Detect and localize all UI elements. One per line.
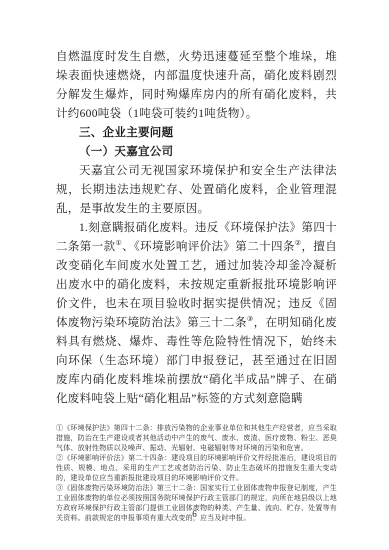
page-number: 6 [0, 509, 389, 519]
footnote-item: ①《环境保护法》第四十二条：排放污染物的企业事业单位和其他生产经营者，应当采取措… [56, 423, 337, 453]
subsection-heading: （一）天嘉宜公司 [56, 143, 337, 162]
page-content: 自燃温度时发生自燃，火势迅速蔓延至整个堆垛，堆垛表面快速燃烧，内部温度快速升高，… [56, 48, 337, 523]
section-heading: 三、企业主要问题 [56, 124, 337, 143]
footnote-list: ①《环境保护法》第四十二条：排放污染物的企业事业单位和其他生产经营者，应当采取措… [56, 423, 337, 523]
body-text: 自燃温度时发生自燃，火势迅速蔓延至整个堆垛，堆垛表面快速燃烧，内部温度快速升高，… [56, 48, 337, 409]
footnote-text: 《环境保护法》第四十二条：排放污染物的企业事业单位和其他生产经营者，应当采取措施… [56, 424, 337, 452]
document-page: 自燃温度时发生自燃，火势迅速蔓延至整个堆垛，堆垛表面快速燃烧，内部温度快速升高，… [0, 0, 389, 550]
paragraph-intro: 天嘉宜公司无视国家环境保护和安全生产法律法规，长期违法违规贮存、处置硝化废料，企… [56, 162, 337, 219]
paragraph-continuation: 自燃温度时发生自燃，火势迅速蔓延至整个堆垛，堆垛表面快速燃烧，内部温度快速升高，… [56, 48, 337, 124]
paragraph-item-1: 1.刻意瞒报硝化废料。违反《环境保护法》第四十二条第一款①、《环境影响评价法》第… [56, 219, 337, 409]
footnote-text: 《环境影响评价法》第二十四条：建设项目的环境影响评价文件经批准后，建设项目的性质… [56, 454, 337, 482]
footnote-item: ②《环境影响评价法》第二十四条：建设项目的环境影响评价文件经批准后，建设项目的性… [56, 453, 337, 483]
